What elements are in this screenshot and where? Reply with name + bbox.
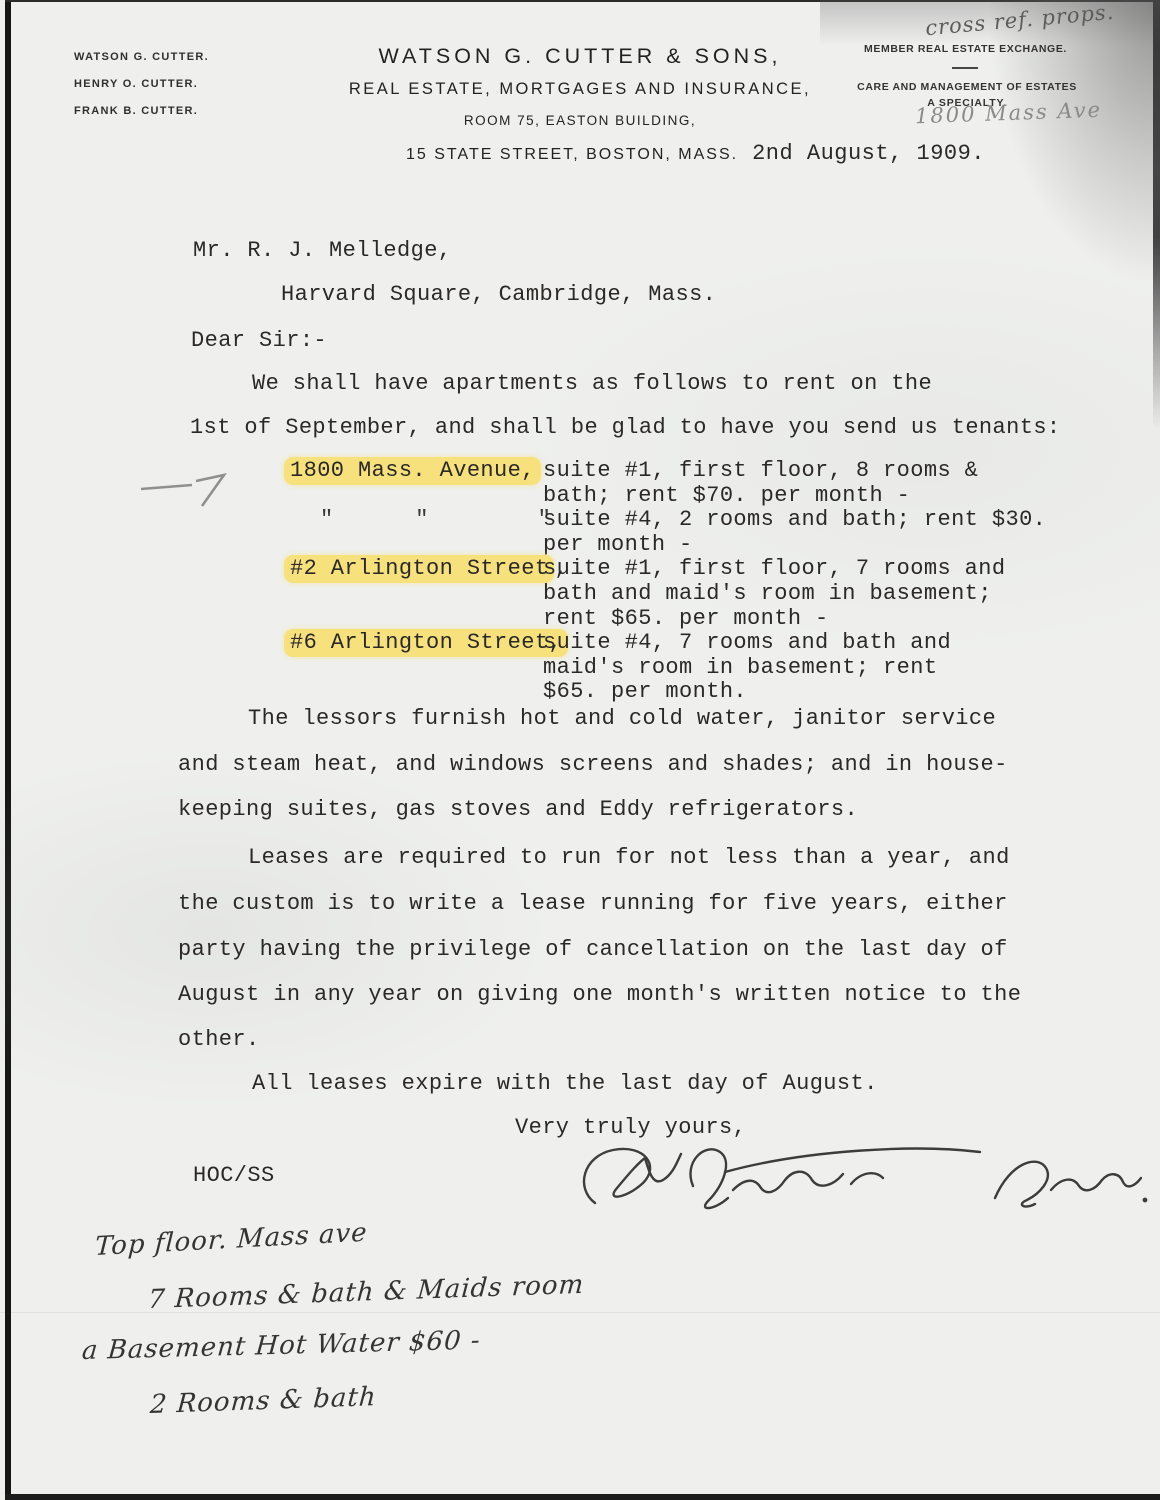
listing-desc: bath; rent $70. per month - (543, 484, 910, 509)
salutation: Dear Sir:- (191, 328, 327, 353)
letter-page: WATSON G. CUTTER. HENRY O. CUTTER. FRANK… (0, 0, 1160, 1500)
listing-desc: suite #4, 7 rooms and bath and (543, 631, 951, 656)
company-room-line: ROOM 75, EASTON BUILDING, (330, 113, 830, 128)
para2-line-2: and steam heat, and windows screens and … (178, 752, 1008, 777)
partner-name: HENRY O. CUTTER. (74, 74, 209, 101)
handwritten-footnote-2: 7 Rooms & bath & Maids room (147, 1270, 585, 1315)
listing-row: #2 Arlington Street, suite #1, first flo… (290, 557, 1046, 582)
letterhead-partners: WATSON G. CUTTER. HENRY O. CUTTER. FRANK… (74, 47, 209, 128)
expiry-line: All leases expire with the last day of A… (252, 1071, 878, 1096)
listing-desc: rent $65. per month - (543, 607, 829, 632)
handwritten-footnote-3: a Basement Hot Water $60 - (81, 1326, 482, 1367)
para3-line-2: the custom is to write a lease running f… (178, 891, 1008, 916)
scan-edge-left (5, 0, 11, 1500)
letterhead-divider (952, 67, 978, 69)
care-line: CARE AND MANAGEMENT OF ESTATES (852, 81, 1082, 93)
address-date-row: 15 STATE STREET, BOSTON, MASS. 2nd Augus… (406, 141, 985, 166)
highlighted-address: #6 Arlington Street, (284, 629, 568, 657)
recipient-address: Harvard Square, Cambridge, Mass. (281, 282, 716, 307)
pencil-arrow-annotation (138, 468, 233, 512)
apartment-listing: 1800 Mass. Avenue, suite #1, first floor… (290, 459, 1046, 705)
listing-desc: $65. per month. (543, 680, 747, 705)
listing-row: #6 Arlington Street, suite #4, 7 rooms a… (290, 631, 1046, 656)
listing-row: rent $65. per month - (290, 607, 1046, 632)
listing-row: maid's room in basement; rent (290, 656, 1046, 681)
listing-desc: bath and maid's room in basement; (543, 582, 992, 607)
company-business-line: REAL ESTATE, MORTGAGES AND INSURANCE, (330, 80, 830, 99)
para3-line-4: August in any year on giving one month's… (178, 982, 1021, 1007)
para3-line-1: Leases are required to run for not less … (248, 845, 1010, 870)
recipient-name: Mr. R. J. Melledge, (193, 238, 451, 263)
para2-line-1: The lessors furnish hot and cold water, … (248, 706, 996, 731)
reference-initials: HOC/SS (193, 1163, 275, 1188)
highlighted-address: 1800 Mass. Avenue, (284, 457, 541, 485)
listing-row: $65. per month. (290, 680, 1046, 705)
intro-line-2: 1st of September, and shall be glad to h… (190, 415, 1061, 440)
para3-line-3: party having the privilege of cancellati… (178, 937, 1008, 962)
member-line: MEMBER REAL ESTATE EXCHANGE. (858, 43, 1073, 55)
handwritten-footnote-1: Top floor. Mass ave (94, 1218, 368, 1262)
listing-row: bath and maid's room in basement; (290, 582, 1046, 607)
listing-desc: suite #1, first floor, 8 rooms & (543, 459, 978, 484)
listing-desc: per month - (543, 533, 693, 558)
scan-edge-bottom (5, 1494, 1160, 1500)
handwritten-footnote-4: 2 Rooms & bath (149, 1382, 378, 1420)
highlighted-address: #2 Arlington Street (284, 555, 554, 583)
partner-name: FRANK B. CUTTER. (74, 101, 209, 128)
signature-w-g-cutter-and-sons (565, 1128, 1150, 1233)
listing-row: 1800 Mass. Avenue, suite #1, first floor… (290, 459, 1046, 484)
listing-desc: suite #4, 2 rooms and bath; rent $30. (543, 508, 1046, 533)
ditto-marks: " " " (320, 507, 551, 532)
listing-row: bath; rent $70. per month - (290, 484, 1046, 509)
listing-row: " " " suite #4, 2 rooms and bath; rent $… (290, 508, 1046, 533)
letter-date: 2nd August, 1909. (752, 141, 985, 166)
para3-line-5: other. (178, 1027, 260, 1052)
listing-row: per month - (290, 533, 1046, 558)
listing-desc: suite #1, first floor, 7 rooms and (543, 557, 1005, 582)
intro-line-1: We shall have apartments as follows to r… (252, 371, 932, 396)
listing-desc: maid's room in basement; rent (543, 656, 937, 681)
partner-name: WATSON G. CUTTER. (74, 47, 209, 74)
company-name: WATSON G. CUTTER & SONS, (330, 44, 830, 69)
para2-line-3: keeping suites, gas stoves and Eddy refr… (178, 797, 858, 822)
company-street-address: 15 STATE STREET, BOSTON, MASS. (406, 146, 738, 164)
